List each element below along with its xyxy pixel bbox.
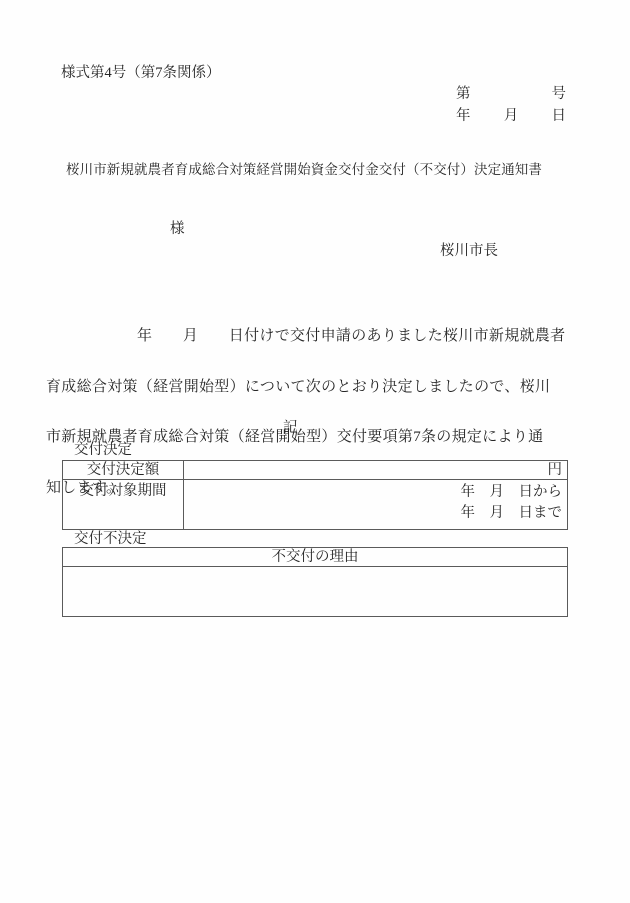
- sender-name: 桜川市長: [440, 244, 498, 259]
- grant-amount-label: 交付決定額: [63, 461, 184, 480]
- refusal-reason-body-row: [63, 567, 568, 617]
- date-year-label: 年: [456, 109, 471, 124]
- grant-period-from: 年 月 日から: [184, 482, 567, 503]
- grant-decision-table: 交付決定額 円 交付対象期間 年 月 日から 年 月 日まで: [62, 460, 568, 530]
- doc-number-suffix: 号: [552, 87, 567, 102]
- grant-amount-row: 交付決定額 円: [63, 461, 568, 480]
- doc-number-line: 第 号: [456, 87, 566, 102]
- grant-period-row: 交付対象期間 年 月 日から 年 月 日まで: [63, 480, 568, 530]
- grant-period-label: 交付対象期間: [63, 480, 184, 530]
- body-line-2: 育成総合対策（経営開始型）について次のとおり決定しましたので、桜川: [46, 377, 586, 399]
- grant-amount-value: 円: [184, 461, 568, 480]
- date-line: 年 月 日: [456, 109, 566, 124]
- document-title: 桜川市新規就農者育成総合対策経営開始資金交付金交付（不交付）決定通知書: [66, 163, 542, 177]
- refusal-reason-body: [63, 567, 568, 617]
- section-label-grant-refusal: 交付不決定: [74, 532, 147, 547]
- grant-period-value: 年 月 日から 年 月 日まで: [184, 480, 568, 530]
- section-label-grant-decision: 交付決定: [74, 443, 132, 458]
- date-day-label: 日: [552, 109, 567, 124]
- refusal-reason-table: 不交付の理由: [62, 547, 568, 617]
- body-line-1: 年 月 日付けで交付申請のありました桜川市新規就農者: [46, 326, 586, 348]
- refusal-reason-header: 不交付の理由: [63, 548, 568, 567]
- refusal-reason-header-row: 不交付の理由: [63, 548, 568, 567]
- date-month-label: 月: [504, 109, 519, 124]
- document-page: 様式第4号（第7条関係） 第 号 年 月 日 桜川市新規就農者育成総合対策経営開…: [0, 0, 630, 903]
- addressee-honorific: 様: [170, 222, 185, 237]
- ki-heading: 記: [283, 421, 298, 436]
- form-number: 様式第4号（第7条関係）: [61, 66, 221, 81]
- doc-number-prefix: 第: [456, 87, 471, 102]
- grant-period-to: 年 月 日まで: [184, 503, 567, 524]
